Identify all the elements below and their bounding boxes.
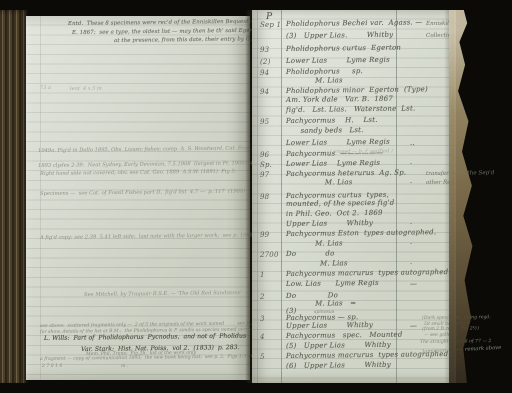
annotation-line: L. Wills: Part of Pholidophorus Pycnodus… bbox=[44, 333, 268, 342]
entry-text: Pholidophorus curtus Egerton bbox=[286, 45, 401, 53]
entry-text: M. Lias bbox=[286, 260, 348, 268]
entry-text: Am. York dale Var. B. 1867 bbox=[286, 96, 393, 104]
annotation-line: 2 7 0 1 6 bbox=[42, 365, 63, 370]
entry-text: Pachycormus spec. Mounted bbox=[286, 332, 403, 340]
bottom-black-border bbox=[0, 383, 512, 393]
entry-text: (3) Upper Lias. Whitby bbox=[286, 32, 393, 40]
entry-text: (5) Upper Lias Whitby bbox=[286, 342, 391, 350]
entry-number: 93 bbox=[260, 46, 269, 54]
entry-number: 4 bbox=[260, 333, 265, 341]
entry-number: 96 bbox=[260, 151, 269, 159]
top-black-border bbox=[0, 0, 512, 10]
entry-number: 1 bbox=[260, 271, 265, 279]
entry-text: M. Lias bbox=[286, 77, 343, 85]
entry-text: Lower Lias Lyme Regis bbox=[286, 139, 390, 147]
entry-number: 97 bbox=[260, 171, 269, 179]
right-page: P Sep 1Pholidophorus Bechei var. Agass. … bbox=[252, 10, 456, 383]
entry-ditto-mark: · bbox=[410, 261, 413, 268]
entry-number: 2700 bbox=[260, 251, 279, 259]
entry-text: Pholidophorus minor Egerton (Type) bbox=[286, 86, 428, 95]
left-page: Entd. These 8 specimens were rec'd of th… bbox=[26, 16, 250, 380]
entry-number: Sep 1 bbox=[260, 21, 281, 29]
entry-text: Pachycormus Eston types autographed. bbox=[286, 229, 436, 238]
annotation-line: lent 4 x 5 in bbox=[70, 87, 102, 92]
entry-ditto-mark: — bbox=[410, 281, 417, 288]
entry-number: 98 bbox=[260, 193, 269, 201]
entry-text: Pholidophorus sp. bbox=[286, 68, 363, 76]
entry-number: 94 bbox=[260, 88, 269, 96]
entry-number: 3 bbox=[260, 315, 265, 323]
ledger-photo: Entd. These 8 specimens were rec'd of th… bbox=[0, 0, 512, 393]
entry-number: 94 bbox=[260, 69, 269, 77]
annotation-line: m . bbox=[121, 365, 128, 370]
side-note-line: spinosus bbox=[314, 311, 334, 316]
entry-text: Lower Lias Lyme Regis bbox=[286, 160, 380, 168]
entry-number: (2) bbox=[260, 58, 271, 66]
side-note-line: ( erased — b. f. verified ) bbox=[330, 149, 393, 155]
entry-text: Pholidophorus Bechei var. Agass. — bbox=[286, 19, 423, 28]
entry-ditto-mark: · bbox=[410, 161, 413, 168]
entry-number: Sp. bbox=[260, 161, 272, 169]
entry-text: mounted, of the species fig'd bbox=[286, 200, 394, 208]
entry-ditto-mark: .. bbox=[410, 140, 415, 147]
annotation-line: Right hand side not covered; obv. see Ca… bbox=[40, 170, 236, 178]
entry-number: 2 bbox=[260, 293, 265, 301]
annotation-line: 73 a bbox=[40, 86, 51, 91]
entry-text: Upper Lias Whitby bbox=[286, 322, 373, 330]
entry-text: Pachycormus H. Lst. bbox=[286, 117, 378, 125]
entry-number: 5 bbox=[260, 353, 265, 361]
entry-ditto-mark: · bbox=[410, 241, 413, 248]
entry-text: Low. Lias Lyme Regis bbox=[286, 280, 379, 288]
entry-text: Pachycormus macrurus types autographed. bbox=[286, 269, 451, 278]
right-page-notes-column-rule bbox=[396, 10, 397, 383]
entry-ditto-mark: — bbox=[410, 323, 417, 330]
book-page-stack-edge bbox=[0, 10, 28, 386]
right-page-number-column-rule bbox=[281, 10, 282, 383]
right-page-gutter-rule bbox=[257, 10, 258, 383]
entry-number: 95 bbox=[260, 118, 269, 126]
entry-text: M. Lias bbox=[286, 240, 343, 248]
annotation-line: Specimens — see Cat. of Fossil Fishes pa… bbox=[40, 189, 245, 197]
annotation-line: A fig'd copy: see 2.39 5.41 left side; l… bbox=[40, 233, 255, 241]
entry-text: in Phil. Geo. Oct 2. 1869 bbox=[286, 210, 383, 218]
entry-text: Lower Lias Lyme Regis bbox=[286, 57, 390, 65]
entry-text: Upper Lias Whitby bbox=[286, 220, 373, 228]
entry-text: Do do bbox=[286, 250, 335, 258]
entry-text: M. Lias bbox=[286, 179, 353, 187]
entry-text: Pachycormus heterurus Ag. Sp. bbox=[286, 170, 406, 178]
annotation-line: a fragment — copy of communication 1893;… bbox=[40, 355, 262, 362]
entry-text: sandy beds Lst. bbox=[286, 127, 364, 135]
entry-ditto-mark: · bbox=[410, 180, 413, 187]
entry-ditto-mark: · bbox=[410, 221, 413, 228]
entry-number: 99 bbox=[260, 231, 269, 239]
entry-text: (6) Upper Lias Whitby bbox=[286, 362, 391, 370]
